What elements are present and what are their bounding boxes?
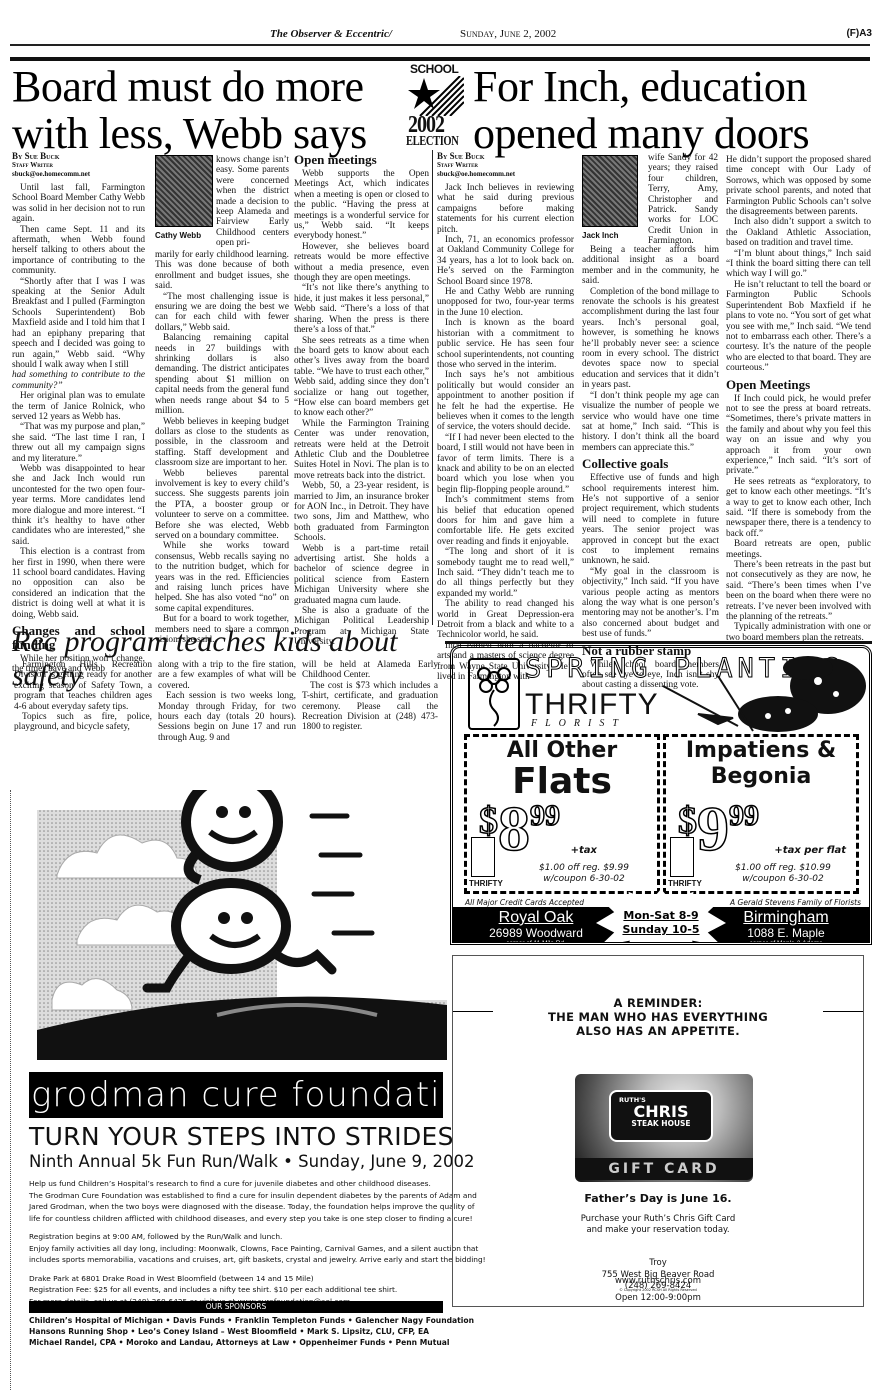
gift-card-label: GIFT CARD xyxy=(575,1158,753,1180)
store-address: 26989 Woodward xyxy=(461,927,611,940)
tax-note: +tax xyxy=(571,845,597,856)
location-city: Troy xyxy=(453,1258,863,1270)
paragraph: Webb was disappointed to hear she and Ja… xyxy=(12,464,145,547)
headline-line: opened many doors xyxy=(473,110,873,157)
paragraph: This election is a contrast from her fir… xyxy=(12,547,145,620)
paragraph: marily for early childhood learning. Thi… xyxy=(155,250,289,292)
pitch-line: Purchase your Ruth’s Chris Gift Card xyxy=(453,1214,863,1225)
coupon-terms: $1.00 off reg. $9.99 w/coupon 6-30-02 xyxy=(519,863,649,885)
rec-column-1: Farmington Hills Recreation Division is … xyxy=(14,660,152,733)
hours-weekday: Mon-Sat 8-9 xyxy=(623,909,698,923)
paragraph: along with a trip to the fire station, a… xyxy=(158,660,296,691)
coupon-all-other-flats[interactable]: All Other Flats $899 +tax THRIFTY $1.00 … xyxy=(464,734,660,894)
webb-column-2: marily for early childhood learning. Thi… xyxy=(155,250,289,645)
hours-sunday: Sunday 10-5 xyxy=(622,923,699,937)
coupon-title: Flats xyxy=(467,765,657,799)
webb-column-1: Until last fall, Farmington School Board… xyxy=(12,183,145,675)
sponsors-list: Children’s Hospital of Michigan • Davis … xyxy=(29,1315,449,1348)
byline-email[interactable]: sbuck@oe.homecomm.net xyxy=(12,170,152,179)
paragraph: Being a teacher affords him additional i… xyxy=(582,245,719,287)
brand-name: THRIFTY xyxy=(525,688,659,722)
copyright-notice: © Copyright 2002 RCSH All Rights Reserve… xyxy=(453,1288,863,1292)
store-city: Birmingham xyxy=(711,909,861,927)
store-hours-starburst: Mon-Sat 8-9 Sunday 10-5 xyxy=(596,889,726,945)
paragraph: Then came Sept. 11 and its aftermath, wh… xyxy=(12,225,145,277)
coupon-title: Begonia xyxy=(666,765,856,789)
paragraph: “My goal in the classroom is objectivity… xyxy=(582,567,719,640)
terms-line: w/coupon 6-30-02 xyxy=(519,874,649,885)
paragraph: “The most challenging issue is ensuring … xyxy=(155,292,289,334)
price-cents: 99 xyxy=(530,799,560,832)
paragraph: Completion of the bond millage to renova… xyxy=(582,287,719,391)
paragraph: Jack Inch believes in reviewing what he … xyxy=(437,183,574,235)
location-hours: Open 12:00-9:00pm xyxy=(453,1293,863,1305)
byline-email[interactable]: sbuck@oe.homecomm.net xyxy=(437,170,577,179)
ad-headline: A REMINDER: THE MAN WHO HAS EVERYTHING A… xyxy=(453,996,863,1038)
tax-note: +tax per flat xyxy=(774,845,846,856)
byline-name: By Sue Buck xyxy=(12,152,152,161)
rec-column-3: will be held at Alameda Early Childhood … xyxy=(302,660,438,733)
ad-pitch: Purchase your Ruth’s Chris Gift Card and… xyxy=(453,1214,863,1236)
inch-headline: For Inch, education opened many doors xyxy=(473,63,873,157)
paragraph: “That was my purpose and plan,” she said… xyxy=(12,422,145,464)
sponsor-line: Hansons Running Shop • Leo’s Coney Islan… xyxy=(29,1326,449,1337)
coupon-title: Impatiens & xyxy=(666,739,856,763)
gift-card-image: RUTH'S CHRIS STEAK HOUSE GIFT CARD xyxy=(575,1074,753,1182)
store-royal-oak: Royal Oak 26989 Woodward corner of 11 Mi… xyxy=(461,909,611,945)
paragraph: He isn’t reluctant to tell the board or … xyxy=(726,280,871,374)
store-city: Royal Oak xyxy=(461,909,611,927)
photo-caption: Cathy Webb xyxy=(155,231,201,240)
price-dollar-sign: $ xyxy=(678,800,697,842)
body-line: Jared Grodman, when the two boys were di… xyxy=(29,1201,449,1213)
paragraph: Inch is known as the board historian wit… xyxy=(437,318,574,370)
paragraph: Effective use of funds and high school r… xyxy=(582,473,719,567)
store-cross-street: corner of Maple & Adams xyxy=(711,940,861,945)
paragraph: Inch says he’s not ambitious politically… xyxy=(437,370,574,432)
ad-title: TURN YOUR STEPS INTO STRIDES xyxy=(29,1122,454,1151)
price-dollar-sign: $ xyxy=(479,800,498,842)
subhead: Open Meetings xyxy=(726,378,871,392)
headline-line: with less, Webb says xyxy=(12,110,392,157)
subhead: Open meetings xyxy=(294,153,429,167)
inch-byline: By Sue Buck Staff Writer sbuck@oe.homeco… xyxy=(437,152,577,179)
byline-role: Staff Writer xyxy=(437,161,577,170)
paragraph: Her original plan was to emulate the ter… xyxy=(12,391,145,422)
body-line: Help us fund Children’s Hospital’s resea… xyxy=(29,1178,449,1190)
webb-headline: Board must do more with less, Webb says xyxy=(12,63,392,157)
publication-name: The Observer & Eccentric/ xyxy=(270,28,392,40)
paragraph: Farmington Hills Recreation Division is … xyxy=(14,660,152,712)
paragraph: Board retreats are open, public meetings… xyxy=(726,539,871,560)
store-info-bar: Royal Oak 26989 Woodward corner of 11 Mi… xyxy=(453,907,869,945)
ad-subtitle: Ninth Annual 5k Fun Run/Walk • Sunday, J… xyxy=(29,1152,475,1171)
price-dollars: 9 xyxy=(697,793,729,864)
webb-column-2-wrap: knows change isn’t easy. Some parents we… xyxy=(216,155,289,249)
paragraph: “The long and short of it is somebody ta… xyxy=(437,547,574,599)
sponsors-label: OUR SPONSORS xyxy=(29,1301,443,1313)
paragraph: He didn’t support the proposed shared ti… xyxy=(726,155,871,217)
logo-school-text: SCHOOL xyxy=(410,62,458,76)
store-birmingham: Birmingham 1088 E. Maple corner of Maple… xyxy=(711,909,861,945)
body-line: Registration Fee: $25 for all events, an… xyxy=(29,1284,449,1296)
photo-caption: Jack Inch xyxy=(582,231,618,240)
byline-name: By Sue Buck xyxy=(437,152,577,161)
paragraph: Until last fall, Farmington School Board… xyxy=(12,183,145,225)
paragraph: “It’s not like there’s anything to hide,… xyxy=(294,283,429,335)
cathy-webb-photo xyxy=(155,155,213,227)
logo-election-text: ELECTION xyxy=(406,134,458,150)
paragraph: Webb supports the Open Meetings Act, whi… xyxy=(294,169,429,242)
terms-line: $1.00 off reg. $9.99 xyxy=(519,863,649,874)
headline-line: ALSO HAS AN APPETITE. xyxy=(453,1024,863,1038)
webb-byline: By Sue Buck Staff Writer sbuck@oe.homeco… xyxy=(12,152,152,179)
paragraph: Topics such as fire, police, playground,… xyxy=(14,712,152,733)
credit-cards-note: All Major Credit Cards Accepted xyxy=(465,898,584,907)
thrifty-mini-logo-icon xyxy=(670,837,694,877)
page-number: (F)A3 xyxy=(846,28,872,39)
star-flag-icon xyxy=(406,76,464,116)
mini-logo-label: THRIFTY xyxy=(469,879,503,888)
masthead-rule xyxy=(10,44,870,46)
paragraph: However, she believes board retreats wou… xyxy=(294,242,429,284)
body-line: life for countless children afflicted wi… xyxy=(29,1213,449,1225)
ad-body: Help us fund Children’s Hospital’s resea… xyxy=(29,1178,449,1307)
paragraph: Webb, 50, a 23-year resident, is married… xyxy=(294,481,429,543)
brand-subtitle: FLORIST xyxy=(531,718,626,729)
flower-logo-icon xyxy=(468,658,520,730)
paragraph: Inch also didn’t support a switch to the… xyxy=(726,217,871,248)
body-line: Registration begins at 9:00 AM, followed… xyxy=(29,1231,449,1243)
paragraph: The cost is $73 which includes a T-shirt… xyxy=(302,681,438,733)
foundation-name-banner: grodman cure foundation xyxy=(29,1072,443,1118)
paragraph-italic: had something to contribute to the commu… xyxy=(12,370,145,391)
coupon-terms: $1.00 off reg. $10.99 w/coupon 6-30-02 xyxy=(718,863,848,885)
thrifty-florist-ad: SPRING PLANTING THRIFTY FLORIST All Othe… xyxy=(450,645,872,945)
paragraph: Inch, 71, an economics professor at Oakl… xyxy=(437,235,574,287)
paragraph: Webb believes parental involvement is ke… xyxy=(155,469,289,542)
school-election-logo: SCHOOL 2002 ELECTION xyxy=(402,62,466,152)
paragraph: She sees retreats as a time when the boa… xyxy=(294,336,429,419)
paragraph: “I’m blunt about things,” Inch said “I t… xyxy=(726,249,871,280)
headline-line: Board must do more xyxy=(12,63,392,110)
ruths-chris-ad: A REMINDER: THE MAN WHO HAS EVERYTHING A… xyxy=(452,955,864,1307)
paragraph: There’s been retreats in the past but no… xyxy=(726,560,871,622)
coupon-impatiens-begonia[interactable]: Impatiens & Begonia $999 +tax per flat T… xyxy=(663,734,859,894)
subhead: Collective goals xyxy=(582,457,719,471)
paragraph: The ability to read changed his world in… xyxy=(437,599,574,641)
paragraph: While she works toward consensus, Webb r… xyxy=(155,541,289,614)
fathers-day-note: Father’s Day is June 16. xyxy=(453,1192,863,1205)
logo-text: CHRIS xyxy=(611,1104,711,1119)
inch-column-2: Being a teacher affords him additional i… xyxy=(582,245,719,691)
paragraph: “Shortly after that I was I was speaking… xyxy=(12,277,145,371)
column-divider xyxy=(432,150,433,625)
inch-column-1: Jack Inch believes in reviewing what he … xyxy=(437,183,574,683)
body-line: The Grodman Cure Foundation was establis… xyxy=(29,1190,449,1202)
headline-line: THE MAN WHO HAS EVERYTHING xyxy=(453,1010,863,1024)
terms-line: $1.00 off reg. $10.99 xyxy=(718,863,848,874)
paragraph: He sees retreats as “exploratory, to get… xyxy=(726,477,871,539)
jack-inch-photo xyxy=(582,155,638,227)
paragraph: If Inch could pick, he would prefer not … xyxy=(726,394,871,477)
runner-illustration xyxy=(27,790,447,1060)
inch-column-3: He didn’t support the proposed shared ti… xyxy=(726,155,871,643)
paragraph: Webb believes in keeping budget dollars … xyxy=(155,417,289,469)
headline-line: For Inch, education xyxy=(473,63,873,110)
paragraph: He and Cathy Webb are running unopposed … xyxy=(437,287,574,318)
florist-family-note: A Gerald Stevens Family of Florists xyxy=(730,898,861,907)
store-cross-street: corner of 11 Mile Rd. xyxy=(461,940,611,945)
sponsor-line: Michael Randel, CPA • Moroko and Landau,… xyxy=(29,1337,449,1348)
garden-tools-plants-icon xyxy=(658,656,868,736)
terms-line: w/coupon 6-30-02 xyxy=(718,874,848,885)
price-dollars: 8 xyxy=(498,793,530,864)
pitch-line: and make your reservation today. xyxy=(453,1225,863,1236)
inch-column-2-wrap: wife Sandy for 42 years; they raised fou… xyxy=(648,153,718,247)
logo-text: STEAK HOUSE xyxy=(611,1119,711,1128)
webb-column-3: Open meetings Webb supports the Open Mee… xyxy=(294,153,429,648)
coupon-title: All Other xyxy=(467,739,657,763)
paragraph: Inch’s commitment stems from his belief … xyxy=(437,495,574,547)
body-line: Enjoy family activities all day long, in… xyxy=(29,1243,449,1255)
website-link[interactable]: www.ruthschris.com xyxy=(453,1276,863,1286)
store-address: 1088 E. Maple xyxy=(711,927,861,940)
section-divider xyxy=(445,641,872,644)
price-cents: 99 xyxy=(729,799,759,832)
body-line: Drake Park at 6801 Drake Road in West Bl… xyxy=(29,1273,449,1285)
rec-column-2: along with a trip to the fire station, a… xyxy=(158,660,296,743)
paragraph: Each session is two weeks long, Monday t… xyxy=(158,691,296,743)
paragraph: will be held at Alameda Early Childhood … xyxy=(302,660,438,681)
sponsor-line: Children’s Hospital of Michigan • Davis … xyxy=(29,1315,449,1326)
paragraph: While the Farmington Training Center was… xyxy=(294,419,429,481)
ruths-chris-logo: RUTH'S CHRIS STEAK HOUSE xyxy=(609,1090,713,1142)
section-rule xyxy=(10,57,870,61)
paragraph: “I don’t think people my age can visuali… xyxy=(582,391,719,453)
paragraph: Balancing remaining capital needs in 27 … xyxy=(155,333,289,416)
body-line: includes sports memorabilia, vacations a… xyxy=(29,1254,449,1266)
grodman-cure-foundation-ad: grodman cure foundation TURN YOUR STEPS … xyxy=(10,790,442,1390)
paragraph: Webb is a part-time retail advertising a… xyxy=(294,544,429,606)
byline-role: Staff Writer xyxy=(12,161,152,170)
page-masthead: The Observer & Eccentric/ Sunday, June 2… xyxy=(0,28,880,42)
mini-logo-label: THRIFTY xyxy=(668,879,702,888)
headline-line: A REMINDER: xyxy=(453,996,863,1010)
publication-date: Sunday, June 2, 2002 xyxy=(460,28,556,40)
thrifty-mini-logo-icon xyxy=(471,837,495,877)
paragraph: “If I had never been elected to the boar… xyxy=(437,433,574,495)
